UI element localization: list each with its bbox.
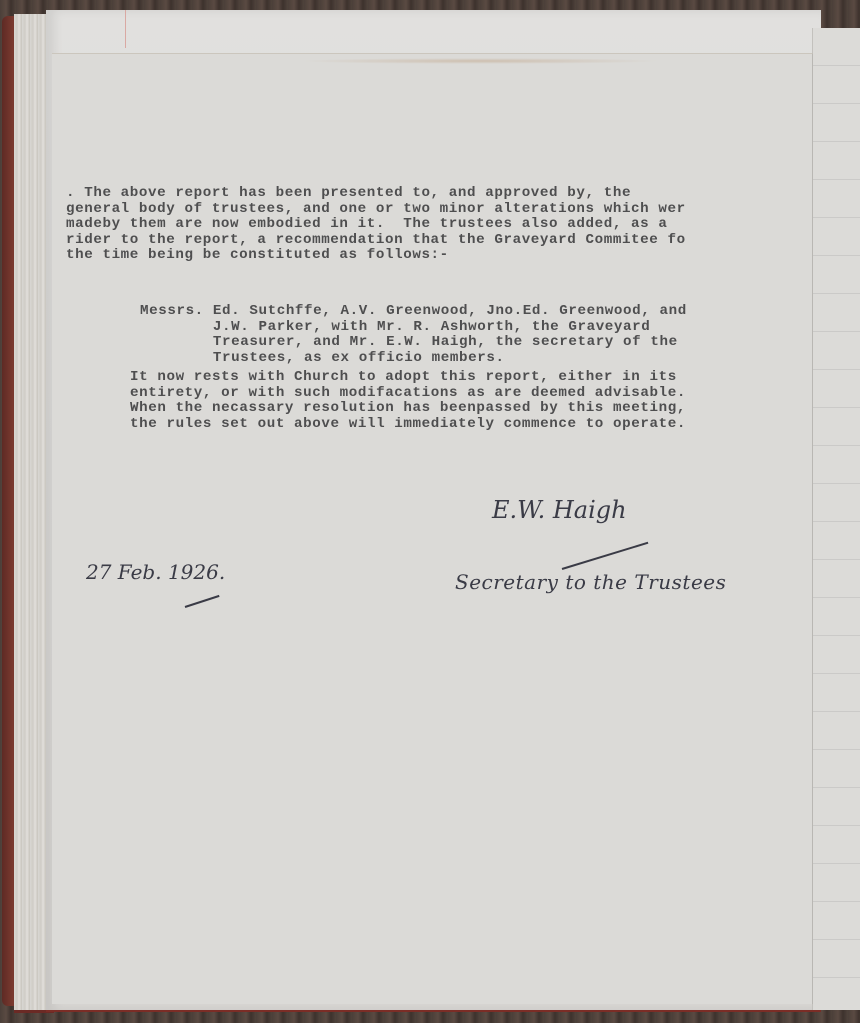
text-line: It now rests with Church to adopt this r…: [130, 370, 686, 386]
text-line: the time being be constituted as follows…: [66, 248, 686, 264]
margin-rule: [125, 10, 126, 48]
text-line: When the necassary resolution has beenpa…: [130, 401, 686, 417]
text-line: Messrs. Ed. Sutchffe, A.V. Greenwood, Jn…: [140, 304, 687, 320]
text-line: entirety, or with such modifacations as …: [130, 386, 686, 402]
text-line: J.W. Parker, with Mr. R. Ashworth, the G…: [140, 320, 687, 336]
facing-ruled-page: [812, 28, 860, 1010]
committee-members-list: Messrs. Ed. Sutchffe, A.V. Greenwood, Jn…: [140, 304, 687, 366]
text-line: . The above report has been presented to…: [66, 186, 686, 202]
text-line: Trustees, as ex officio members.: [140, 351, 687, 367]
text-line: Treasurer, and Mr. E.W. Haigh, the secre…: [140, 335, 687, 351]
glue-stain: [300, 58, 660, 64]
handwritten-title: Secretary to the Trustees: [455, 570, 726, 594]
text-line: rider to the report, a recommendation th…: [66, 233, 686, 249]
text-line: general body of trustees, and one or two…: [66, 202, 686, 218]
handwritten-signature: E.W. Haigh: [492, 496, 627, 524]
report-paragraph-approval: . The above report has been presented to…: [66, 186, 686, 264]
handwritten-date: 27 Feb. 1926.: [86, 560, 225, 584]
report-paragraph-resolution: It now rests with Church to adopt this r…: [130, 370, 686, 432]
text-line: the rules set out above will immediately…: [130, 417, 686, 433]
text-line: madeby them are now embodied in it. The …: [66, 217, 686, 233]
